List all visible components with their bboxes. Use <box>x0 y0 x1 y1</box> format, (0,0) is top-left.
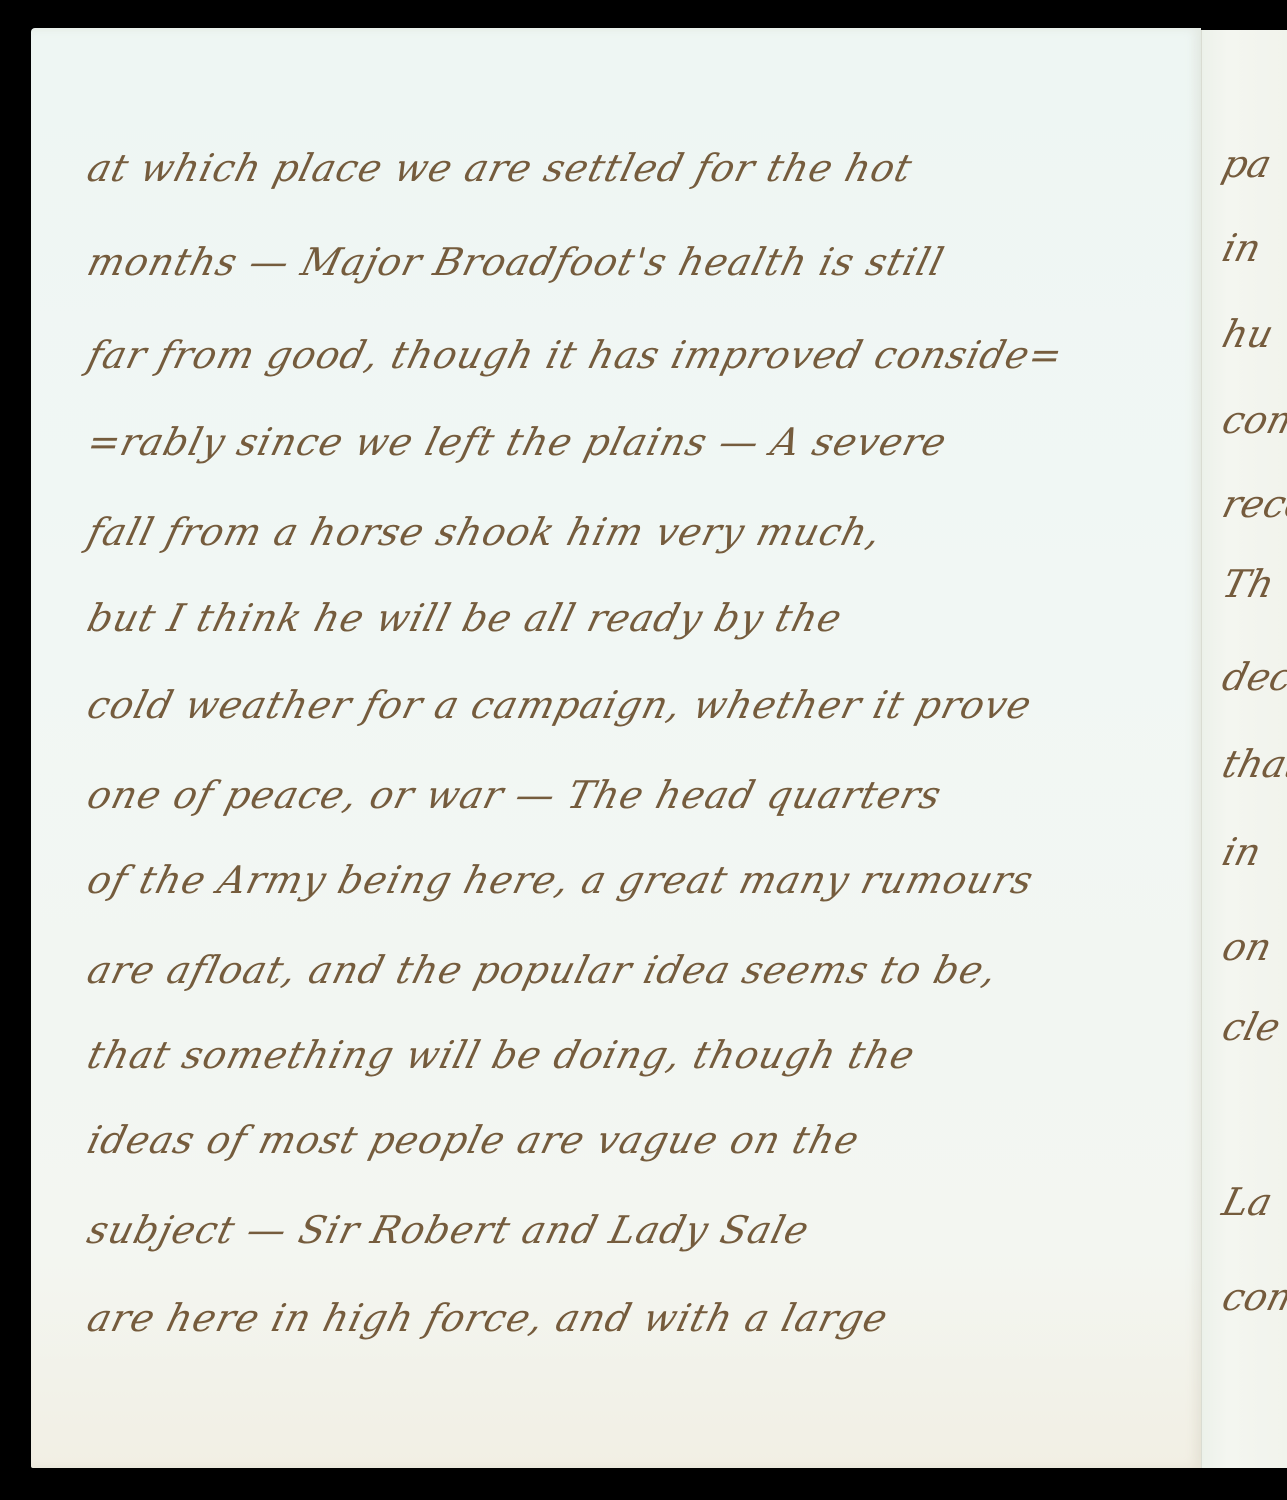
right-fragment-5: recc <box>1218 482 1287 526</box>
letter-page-right: pa in hu com recc Th dec that in on cle … <box>1201 30 1287 1468</box>
right-fragment-3: hu <box>1218 312 1278 356</box>
right-fragment-9: in <box>1218 830 1266 874</box>
letter-line-12: ideas of most people are vague on the <box>83 1118 864 1162</box>
letter-line-1: at which place we are settled for the ho… <box>83 146 917 190</box>
letter-line-10: are afloat, and the popular idea seems t… <box>83 948 1002 992</box>
letter-line-4: =rably since we left the plains — A seve… <box>83 420 952 464</box>
letter-line-9: of the Army being here, a great many rum… <box>83 858 1038 902</box>
letter-line-7: cold weather for a campaign, whether it … <box>83 683 1037 727</box>
letter-line-13: subject — Sir Robert and Lady Sale <box>83 1208 814 1252</box>
letter-line-8: one of peace, or war — The head quarters <box>83 773 946 817</box>
letter-line-11: that something will be doing, though the <box>83 1033 920 1077</box>
letter-line-3: far from good, though it has improved co… <box>83 333 1068 377</box>
letter-line-6: but I think he will be all ready by the <box>83 596 847 640</box>
right-fragment-8: that <box>1218 742 1287 786</box>
letter-line-5: fall from a horse shook him very much, <box>83 510 886 554</box>
letter-page-left: at which place we are settled for the ho… <box>31 28 1201 1468</box>
letter-line-2: months — Major Broadfoot's health is sti… <box>83 240 949 284</box>
right-fragment-6: Th <box>1218 562 1279 606</box>
right-fragment-13: com <box>1218 1275 1287 1319</box>
right-fragment-10: on <box>1218 925 1276 969</box>
scanned-letter: at which place we are settled for the ho… <box>0 0 1287 1500</box>
letter-line-14: are here in high force, and with a large <box>83 1296 893 1340</box>
right-fragment-11: cle <box>1218 1005 1285 1049</box>
right-page-clip: pa in hu com recc Th dec that in on cle … <box>1202 30 1287 1468</box>
right-fragment-2: in <box>1218 226 1266 270</box>
right-fragment-12: La <box>1218 1180 1277 1224</box>
right-fragment-4: com <box>1218 398 1287 442</box>
right-fragment-1: pa <box>1218 142 1276 186</box>
right-fragment-7: dec <box>1218 655 1287 699</box>
